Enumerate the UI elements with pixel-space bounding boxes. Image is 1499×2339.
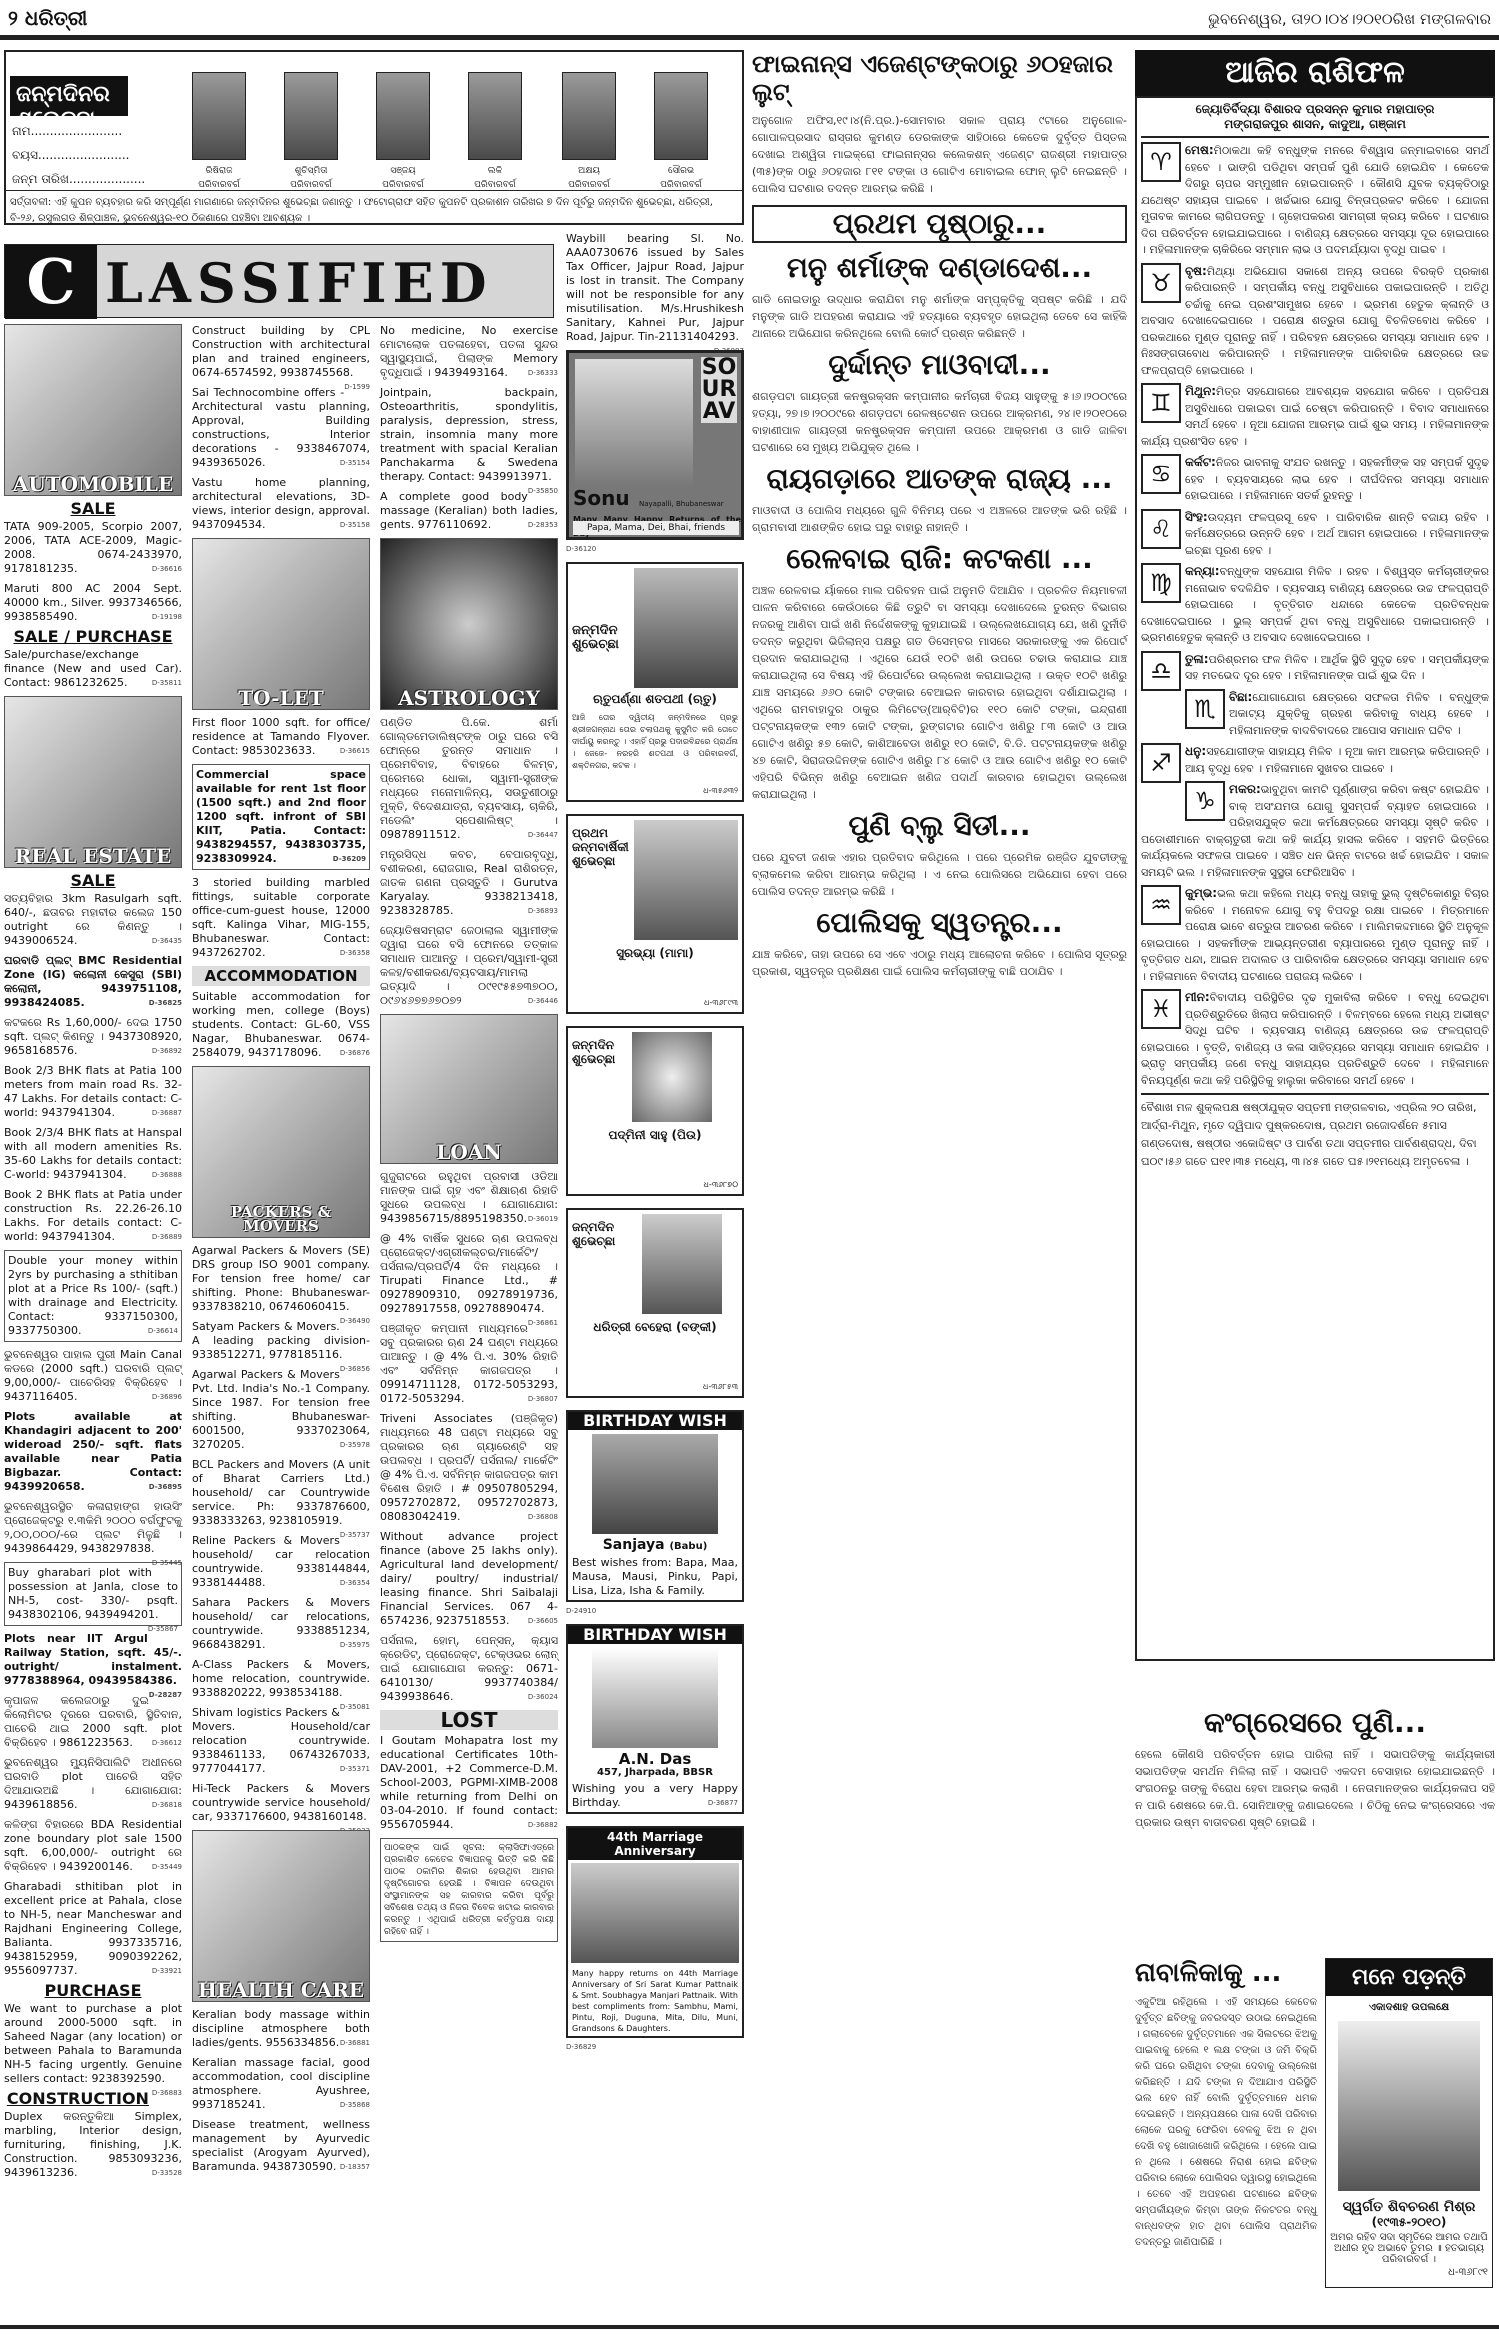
obituary-photo: [1338, 2021, 1480, 2191]
name-field[interactable]: ନାମ........................: [12, 124, 122, 139]
aquarius-icon: ♒: [1141, 885, 1181, 925]
person-photo: [468, 72, 522, 160]
ad: Agarwal Packers & Movers Pvt. Ltd. India…: [192, 1368, 370, 1452]
sign-capricorn: ♑ମକର:ଭାବୁଥିବା କାମଟି ପୂର୍ଣ୍ଣାଙ୍ଗ କରିବା କଷ…: [1141, 781, 1489, 881]
automobile-image: AUTOMOBILE: [4, 324, 182, 496]
person-photo: [192, 72, 246, 160]
congress-article: କଂଗ୍ରେସରେ ପୁଣି... ହେଲେ କୌଣସି ପରିବର୍ତ୍ତନ …: [1135, 1700, 1495, 1831]
horoscope-title: ଆଜିର ରାଶିଫଳ: [1135, 50, 1495, 96]
aries-icon: ♈: [1141, 142, 1181, 182]
sign-aries: ♈ମେଷ:ମିଠାକଥା କହି ବନ୍ଧୁଙ୍କ ମନରେ ବିଶ୍ୱାସ ଜ…: [1141, 142, 1489, 259]
classified-column-2: Construct building by CPL Construction w…: [192, 324, 370, 2180]
ad: Book 2 BHK flats at Patia under construc…: [4, 1188, 182, 1244]
ad-boxed: Commercial space available for rent 1st …: [192, 764, 370, 870]
sign-leo: ♌ସିଂହ:ଉଦ୍ୟମ ଫଳପ୍ରସୂ ହେବ । ପାରିବାରିକ ଶାନ୍…: [1141, 509, 1489, 560]
ad: We want to purchase a plot around 2000-5…: [4, 2002, 182, 2086]
birthday-wish-padmini: ଜନ୍ମଦିନ ଶୁଭେଚ୍ଛା ପଦ୍ମିନୀ ସାହୁ (ପିଉ) ଧ-୩୬…: [566, 1026, 744, 1196]
loan-image: LOAN: [380, 1014, 558, 1164]
ad: TATA 909-2005, Scorpio 2007, 2006, TATA …: [4, 520, 182, 576]
ad: Sahara Packers & Movers household/ car r…: [192, 1596, 370, 1652]
ad: 3 storied building marbled fittings, sui…: [192, 876, 370, 960]
obituary-title: ମନେ ପଡ଼ନ୍ତି: [1326, 1959, 1492, 1996]
ad: Jointpain, backpain, Osteoarthritis, spo…: [380, 386, 558, 484]
ad: Suitable accommodation for working men, …: [192, 990, 370, 1060]
person-photo: [284, 72, 338, 160]
leo-icon: ♌: [1141, 509, 1181, 549]
article-rayagada: ମାଓବାଦୀ ଓ ପୋଲିସ ମଧ୍ୟରେ ଗୁଳି ବିନିମୟ ପରେ ଏ…: [752, 502, 1127, 536]
photo-caption: ଲକିପରିବାରବର୍ଗ: [460, 164, 530, 192]
ad: ଭୁବନେଶ୍ୱରସ୍ଥିତ କଳାରାହାଙ୍ଗ ହାଉସିଂ ପ୍ରୋଜେକ…: [4, 1500, 182, 1556]
reader-notice: ପାଠକଙ୍କ ପାଇଁ ସୂଚନା: କ୍ଲାସିଫାଏଡ୍‌ରେ ପ୍ରକା…: [380, 1838, 558, 1942]
ad: ଭୁବନେଶ୍ୱର ପାହାଲ ପୁରୀ Main Canal କଡରେ (20…: [4, 1348, 182, 1404]
age-field[interactable]: ବୟସ........................: [12, 148, 129, 163]
minor-girl-article: ନାବାଳିକାକୁ ... ଏକୁଟିଆ ରହିଥିଲେ । ଏହି ସମୟର…: [1135, 1958, 1317, 2251]
headline-loot: ଫାଇନାନ୍ସ ଏଜେଣ୍ଟଙ୍କଠାରୁ ୬୦ହଜାର ଲୁଟ୍: [752, 50, 1127, 106]
headline-police: ପୋଲିସକୁ ସ୍ୱତନ୍ତ୍ର...: [752, 906, 1127, 940]
classified-column-3: No medicine, No exercise ମୋଟାଲୋକ ପତଳାହେବ…: [380, 324, 558, 1948]
birthday-wish-an-das: BIRTHDAY WISH A.N. Das 457, Jharpada, BB…: [566, 1624, 744, 1814]
dateline: ଭୁବନେଶ୍ୱର, ତା୨୦।୦୪।୨୦୧୦ରିଖ ମଙ୍ଗଳବାର: [1208, 10, 1491, 28]
classified-column-1: AUTOMOBILE SALE TATA 909-2005, Scorpio 2…: [4, 324, 182, 2186]
ad-boxed: Buy gharabari plot with possession at Ja…: [4, 1562, 182, 1626]
obituary-box: ମନେ ପଡ଼ନ୍ତି ଏକାଦଶାହ ଉପଲକ୍ଷେ ସ୍ୱର୍ଗତ ଶିବଚ…: [1325, 1958, 1493, 2288]
news-column: ଫାଇନାନ୍ସ ଏଜେଣ୍ଟଙ୍କଠାରୁ ୬୦ହଜାର ଲୁଟ୍ ଅନୁଗୋ…: [752, 50, 1127, 980]
ad: Agarwal Packers & Movers (SE) DRS group …: [192, 1244, 370, 1314]
article-railway: ଅଞ୍ଚଳ ରେଳବାଇ ର୍ୟାକରେ ମାଲ ପରିବହନ ପାଇଁ ଅନୁ…: [752, 582, 1127, 803]
sourav-photo: [575, 359, 693, 487]
sign-cancer: ♋କର୍କଟ:ନିଜର ଭାବନାକୁ ସଂଯତ ରଖନ୍ତୁ । ସହକର୍ମ…: [1141, 454, 1489, 505]
photo-caption: ଅକ୍ଷୟପରିବାରବର୍ଗ: [554, 164, 624, 192]
libra-icon: ♎: [1141, 651, 1181, 691]
couple-photo: [571, 1863, 739, 1963]
ad: Shivam logistics Packers & Movers. House…: [192, 1706, 370, 1776]
ad: କୃପାଜଳ କଲେଜଠାରୁ ଦୁଇ କିଲୋମିଟର ଦୂରରେ ଘରବାର…: [4, 1694, 182, 1750]
headline-minor-girl: ନାବାଳିକାକୁ ...: [1135, 1958, 1317, 1989]
ad: ପଣ୍ଡିତ ପି.କେ. ଶର୍ମା ଗୋଲ୍ଡମେଡାଲିଷ୍ଟଙ୍କ ଠା…: [380, 716, 558, 842]
ad: I Goutam Mohapatra lost my educational C…: [380, 1734, 558, 1832]
footer-rule: [0, 2325, 1499, 2329]
section-sale-purchase: SALE / PURCHASE: [4, 630, 182, 644]
birthday-wish-dharitri: ଜନ୍ମଦିନ ଶୁଭେଚ୍ଛା ଧରିତ୍ରୀ ବେହେରା (ବଙ୍କୀ) …: [566, 1208, 744, 1398]
birthday-wish-odia: ଜନ୍ମଦିନ ଶୁଭେଚ୍ଛା ଋତୁପର୍ଣ୍ଣା ଶତପଥୀ (ଋତୁ) …: [566, 562, 744, 802]
scorpio-icon: ♏: [1185, 689, 1225, 729]
first-page-box: ପ୍ରଥମ ପୃଷ୍ଠାରୁ...: [752, 205, 1127, 243]
person-photo: [654, 72, 708, 160]
sign-taurus: ♉ବୃଷ:ମିଥ୍ୟା ଅଭିଯୋଗ ସକାଶେ ଅନ୍ୟ ଉପରେ ବିରକ୍…: [1141, 263, 1489, 380]
horoscope-author: ଜ୍ୟୋତିର୍ବିଦ୍ୟା ବିଶାରଦ ପ୍ରସନ୍ନ କୁମାର ମହାପ…: [1141, 102, 1489, 138]
ad: Book 2/3 BHK flats at Patia 100 meters f…: [4, 1064, 182, 1120]
cancer-icon: ♋: [1141, 454, 1181, 494]
taurus-icon: ♉: [1141, 263, 1181, 303]
birthday-coupon: ଜନ୍ମଦିନର ଶୁଭେଚ୍ଛା ନାମ...................…: [4, 50, 744, 225]
horoscope-box: ଜ୍ୟୋତିର୍ବିଦ୍ୟା ବିଶାରଦ ପ୍ରସନ୍ନ କୁମାର ମହାପ…: [1135, 96, 1495, 1661]
sign-virgo: ♍କନ୍ୟା:ବନ୍ଧୁଙ୍କ ସହଯୋଗ ମିଳିବ । ରହବ । ବିଶ୍…: [1141, 563, 1489, 647]
article-police: ଯାଞ୍ଚ କରିବେ, ତାହା ଉପରେ ସେ ଏବେ ଏଠାରୁ ମଧ୍ୟ…: [752, 946, 1127, 980]
virgo-icon: ♍: [1141, 563, 1181, 603]
ad-boxed: Double your money within 2yrs by purchas…: [4, 1250, 182, 1342]
classified-banner: C LASSIFIED: [4, 244, 554, 318]
ad: Hi-Teck Packers & Movers countrywide ser…: [192, 1782, 370, 1824]
sign-sagittarius: ♐ଧନୁ:ସହଯୋଗୀଙ୍କ ସାହାଯ୍ୟ ମିଳିବ । ନୂଆ କାମ ଆ…: [1141, 743, 1489, 777]
coupon-rules: ସର୍ତ୍ତାବଳୀ: ଏହି କୁପନ ବ୍ୟବହାର କରି ସମ୍ପୂର୍…: [6, 190, 742, 231]
ad: Gharabadi sthitiban plot in excellent pr…: [4, 1880, 182, 1978]
headline-rayagada: ରାୟଗଡ଼ାରେ ଆତଙ୍କ ରାଜ୍ୟ ...: [752, 462, 1127, 496]
headline-congress: କଂଗ୍ରେସରେ ପୁଣି...: [1135, 1706, 1495, 1740]
ad: ପର୍ସନାଲ, ହୋମ୍, ପେନ୍‌ସନ୍, କ୍ୟାସ କ୍ରେଡିଟ୍,…: [380, 1634, 558, 1704]
photo-caption: ସୌରଭପରିବାରବର୍ଗ: [646, 164, 716, 192]
ad: Disease treatment, wellness management b…: [192, 2118, 370, 2174]
ad: Vastu home planning, architectural eleva…: [192, 476, 370, 532]
person-photo: [376, 72, 430, 160]
ad: No medicine, No exercise ମୋଟାଲୋକ ପତଳାହେବ…: [380, 324, 558, 380]
article-maoist: ଶଗଡ଼ପଟା ଗାୟତ୍ରୀ କନଷ୍ଟ୍ରକ୍ସନ କମ୍ପାନୀର କର୍…: [752, 388, 1127, 456]
photo-caption: ସଞ୍ଜୟପରିବାରବର୍ଗ: [368, 164, 438, 192]
ad: First floor 1000 sqft. for office/ resid…: [192, 716, 370, 758]
ad: କଟକରେ Rs 1,60,000/- ଦେଇ 1750 sqft. ପ୍ଲଟ୍…: [4, 1016, 182, 1058]
health-care-image: HEALTH CARE: [192, 1830, 370, 2002]
sagittarius-icon: ♐: [1141, 743, 1181, 783]
ad: Keralian massage facial, good accommodat…: [192, 2056, 370, 2112]
headline-manu-sharma: ମନୁ ଶର୍ମାଙ୍କ ଦଣ୍ଡାଦେଶ...: [752, 251, 1127, 285]
ad: ଗୁଜୁରାଟରେ ରହୁଥିବା ପ୍ରବାସୀ ଓଡିଆ ମାନଙ୍କ ପା…: [380, 1170, 558, 1226]
ad: ଜ୍ୟୋତିଷସମ୍ରାଟ ଜେଠାଲାଲ ସ୍ୱାମୀଙ୍କ ଦ୍ୱାରା ଘ…: [380, 924, 558, 1008]
packers-movers-image: PACKERS & MOVERS: [192, 1066, 370, 1238]
ad: @ 4% ବାର୍ଷିକ ସୁଧରେ ଋଣ ଉପଲବ୍ଧ ପ୍ରୋଜେକ୍ଟ/ଏ…: [380, 1232, 558, 1316]
section-purchase: PURCHASE: [4, 1984, 182, 1998]
headline-maoist: ଦୁର୍ଦ୍ଦାନ୍ତ ମାଓବାଦୀ...: [752, 348, 1127, 382]
ad: BCL Packers and Movers (A unit of Bharat…: [192, 1458, 370, 1528]
ad: A-Class Packers & Movers, home relocatio…: [192, 1658, 370, 1700]
ad: ସତ୍ୟବିହାର 3km Rasulgarh sqft. 640/-, ଛତା…: [4, 892, 182, 948]
ad: Waybill bearing Sl. No. AAA0730676 issue…: [566, 232, 744, 344]
first-birthday-wish: ପ୍ରଥମ ଜନ୍ମବାର୍ଷିକୀ ଶୁଭେଚ୍ଛା ସୁରଭ୍ୟା (ମାମ…: [566, 814, 744, 1014]
ad: Without advance project finance (above 2…: [380, 1530, 558, 1628]
sign-libra: ♎ତୁଳା:ପରିଶ୍ରମର ଫଳ ମିଳିବ । ଆର୍ଥିକ ସ୍ଥିତି …: [1141, 651, 1489, 685]
child-photo: [634, 568, 738, 688]
coupon-title: ଜନ୍ମଦିନର ଶୁଭେଚ୍ଛା: [10, 76, 128, 116]
ad: Reline Packers & Movers household/ car r…: [192, 1534, 370, 1590]
ad: କଳିଙ୍ଗ ବିହାରରେ BDA Residential zone boun…: [4, 1818, 182, 1874]
ad: ଘରବାଡି ପ୍ଲଟ୍ BMC Residential Zone (IG) କ…: [4, 954, 182, 1010]
photo-caption: ରିଷିରାଜପରିବାରବର୍ଗ: [184, 164, 254, 192]
ad: Duplex କରନ୍ତୁକିଆ Simplex, marbling, Inte…: [4, 2110, 182, 2180]
sourav-birthday-ad: SOURAV Sonu Nayapalli, Bhubaneswar Many …: [566, 350, 744, 540]
to-let-image: TO-LET: [192, 538, 370, 710]
ad: Construct building by CPL Construction w…: [192, 324, 370, 380]
gemini-icon: ♊: [1141, 383, 1181, 423]
pisces-icon: ♓: [1141, 989, 1181, 1029]
ad: Plots near IIT Argul Railway Station, sq…: [4, 1632, 182, 1688]
section-lost: LOST: [380, 1710, 558, 1730]
ad: ପଞ୍ଜୀକୃତ କମ୍ପାନୀ ମାଧ୍ୟମରେ ସବୁ ପ୍ରକାରର ଋଣ…: [380, 1322, 558, 1406]
headline-railway: ରେଳବାଇ ରାଜି: କଟକଣା ...: [752, 542, 1127, 576]
headline-blue-cd: ପୁଣି ବ୍ଲୁ ସିଡୀ...: [752, 809, 1127, 843]
ad: Triveni Associates (ପଞ୍ଜିକୃତ) ମାଧ୍ୟମରେ 4…: [380, 1412, 558, 1524]
article-blue-cd: ପରେ ଯୁବତୀ ଜଣକ ଏହାର ପ୍ରତିବାଦ କରିଥିଲେ । ପର…: [752, 849, 1127, 900]
section-accommodation: ACCOMMODATION: [192, 966, 370, 986]
section-sale: SALE: [4, 874, 182, 888]
article-loot: ଅନୁଗୋଳ ଅଫିସ,୧୯।୪(ନି.ପ୍ର.)-ସୋମବାର ସକାଳ ପ୍…: [752, 112, 1127, 197]
ad: ମନ୍ତ୍ରସିଦ୍ଧ କବଚ, ବେପାରବୃଦ୍ଧି, ବଶୀକରଣ, ରୋ…: [380, 848, 558, 918]
page-number-masthead: ୨ ଧରିତ୍ରୀ: [8, 6, 87, 30]
real-estate-image: REAL ESTATE: [4, 696, 182, 868]
ad: Keralian body massage within discipline …: [192, 2008, 370, 2050]
person-photo: [562, 72, 616, 160]
marriage-anniversary: 44th Marriage Anniversary Many happy ret…: [566, 1826, 744, 2038]
sign-pisces: ♓ମୀନ:ବିବାଦୀୟ ପରିସ୍ଥିତିର ଦୃଢ ମୁକାବିଲା କରି…: [1141, 989, 1489, 1089]
classified-column-4: Waybill bearing Sl. No. AAA0730676 issue…: [566, 232, 744, 2060]
section-sale: SALE: [4, 502, 182, 516]
page-header: ୨ ଧରିତ୍ରୀ ଭୁବନେଶ୍ୱର, ତା୨୦।୦୪।୨୦୧୦ରିଖ ମଙ୍…: [0, 0, 1499, 40]
sign-scorpio: ♏ବିଛା:ଯୋଗାଯୋଗ କ୍ଷେତ୍ରରେ ସଫଳତା ମିଳିବ । ବନ…: [1141, 689, 1489, 740]
an-das-photo: [592, 1648, 718, 1748]
capricorn-icon: ♑: [1185, 781, 1225, 821]
ad: Book 2/3/4 BHK flats at Hanspal with all…: [4, 1126, 182, 1182]
ad: Plots available at Khandagiri adjacent t…: [4, 1410, 182, 1494]
article-manu-sharma: ଗାଡି ନୋଇଡାରୁ ଉଦ୍ଧାର କରାଯିବା ମନୁ ଶର୍ମାଙ୍କ…: [752, 291, 1127, 342]
sign-aquarius: ♒କୁମ୍ଭ:ଭଲ କଥା କହିଲେ ମଧ୍ୟ ବନ୍ଧୁ ତାହାକୁ ଭୁ…: [1141, 885, 1489, 985]
sanjaya-photo: [592, 1434, 718, 1534]
ad: Maruti 800 AC 2004 Sept. 40000 km., Silv…: [4, 582, 182, 624]
ad: ଭୁବନେଶ୍ୱର ମ୍ୟୁନିସିପାଲିଟି ଅଧୀନରେ ଘରବାଡି p…: [4, 1756, 182, 1812]
ad: Sale/purchase/exchange finance (New and …: [4, 648, 182, 690]
dob-field[interactable]: ଜନ୍ମ ତାରିଖ....................: [12, 172, 145, 187]
panjika: ବୈଶାଖ ମଳ ଶୁକ୍ଲପକ୍ଷ ଷଷ୍ଠୀଯୁକ୍ତ ସପ୍ତମୀ ମଙ୍…: [1141, 1093, 1489, 1171]
astrology-image: ASTROLOGY: [380, 538, 558, 710]
photo-caption: ଶୁଚିସ୍ମିତାପରିବାରବର୍ଗ: [276, 164, 346, 192]
birthday-wish-sanjaya: BIRTHDAY WISH Sanjaya (Babu) Best wishes…: [566, 1410, 744, 1602]
ad: Sai Technocombine offers - Architectural…: [192, 386, 370, 470]
sign-gemini: ♊ମିଥୁନ:ମିତ୍ର ସହଯୋଗରେ ଆବଶ୍ୟକ ସହଯୋଗ କରିବେ …: [1141, 383, 1489, 450]
